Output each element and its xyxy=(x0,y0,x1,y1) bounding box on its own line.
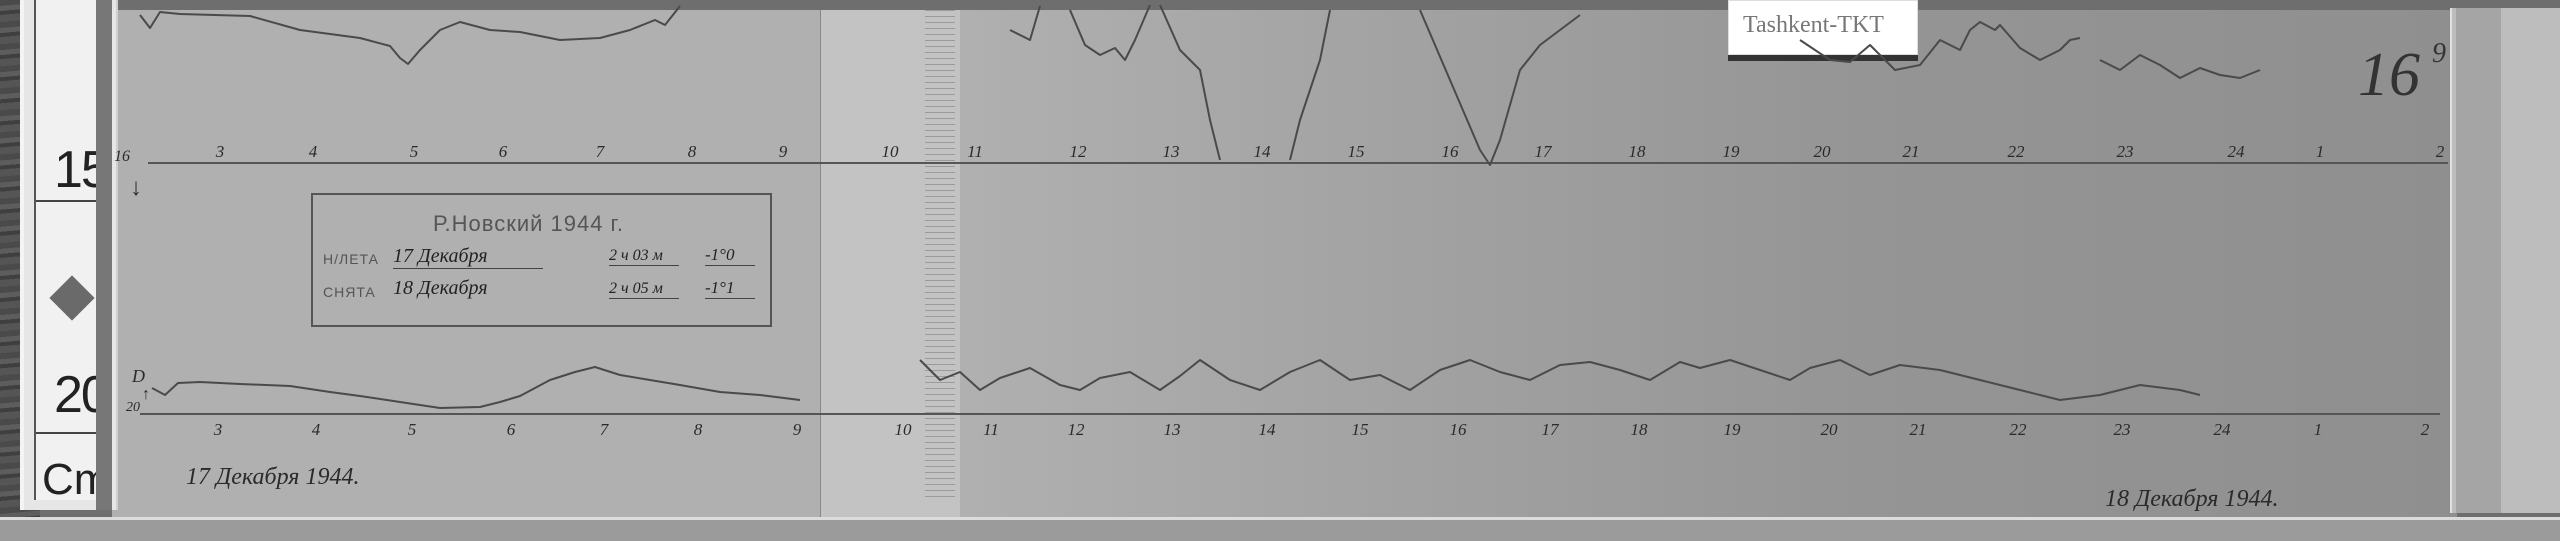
upper-hour-5: 5 xyxy=(410,142,419,162)
lower-hour-9: 9 xyxy=(793,420,802,440)
ruler-shadow xyxy=(96,0,112,510)
upper-hour-23: 23 xyxy=(2117,142,2134,162)
upper-hour-4: 4 xyxy=(309,142,318,162)
lower-hour-21: 21 xyxy=(1910,420,1927,440)
upper-hour-7: 7 xyxy=(596,142,605,162)
date-right: 18 Декабря 1944. xyxy=(2105,486,2278,513)
lower-hour-11: 11 xyxy=(983,420,999,440)
lower-axis-line xyxy=(140,413,2440,415)
sheet-number: 16 xyxy=(2358,40,2420,111)
scale-strip xyxy=(925,10,955,500)
stamp-row-label-end: СНЯТА xyxy=(323,284,376,300)
lower-hour-19: 19 xyxy=(1724,420,1741,440)
lower-hour-20: 20 xyxy=(1821,420,1838,440)
upper-hour-19: 19 xyxy=(1723,142,1740,162)
upper-hour-22: 22 xyxy=(2008,142,2025,162)
upper-hour-20: 20 xyxy=(1814,142,1831,162)
date-left: 17 Декабря 1944. xyxy=(186,464,359,491)
lower-hour-15: 15 xyxy=(1352,420,1369,440)
stamp-start-date: 17 Декабря xyxy=(393,245,543,269)
upper-axis-line xyxy=(148,162,2448,164)
bottom-frame xyxy=(0,517,2560,541)
lower-hour-2: 2 xyxy=(2421,420,2430,440)
lower-hour-22: 22 xyxy=(2010,420,2027,440)
upper-hour-24: 24 xyxy=(2228,142,2245,162)
upper-hour-8: 8 xyxy=(688,142,697,162)
lower-hour-4: 4 xyxy=(312,420,321,440)
lower-hour-10: 10 xyxy=(895,420,912,440)
upper-hour-17: 17 xyxy=(1535,142,1552,162)
sheet-number-sup: 9 xyxy=(2432,38,2446,70)
right-edge-overlay xyxy=(2450,8,2560,513)
upper-hour-11: 11 xyxy=(967,142,983,162)
lower-axis-left-sub: 20 xyxy=(126,400,140,416)
stamp-row-label-start: Н/ЛЕТА xyxy=(323,251,379,267)
upper-axis-left-label: 16 xyxy=(114,148,130,166)
stamp-end-temp: -1°1 xyxy=(705,278,755,299)
stamp-end-date: 18 Декабря xyxy=(393,277,543,300)
lower-hour-14: 14 xyxy=(1259,420,1276,440)
upper-hour-3: 3 xyxy=(216,142,225,162)
upper-hour-14: 14 xyxy=(1254,142,1271,162)
lower-hour-13: 13 xyxy=(1164,420,1181,440)
lower-hour-1: 1 xyxy=(2314,420,2323,440)
chart-sheet-right xyxy=(960,10,2457,520)
station-tag: Tashkent-TKT xyxy=(1728,0,1918,55)
station-tag-label: Tashkent-TKT xyxy=(1743,12,1884,39)
upper-hour-1: 1 xyxy=(2316,142,2325,162)
upper-hour-15: 15 xyxy=(1348,142,1365,162)
upper-hour-6: 6 xyxy=(499,142,508,162)
upper-hour-21: 21 xyxy=(1903,142,1920,162)
lower-hour-12: 12 xyxy=(1068,420,1085,440)
upper-hour-12: 12 xyxy=(1070,142,1087,162)
upper-hour-13: 13 xyxy=(1163,142,1180,162)
upper-hour-9: 9 xyxy=(779,142,788,162)
lower-hour-24: 24 xyxy=(2214,420,2231,440)
lower-hour-16: 16 xyxy=(1450,420,1467,440)
lower-hour-7: 7 xyxy=(600,420,609,440)
upper-hour-10: 10 xyxy=(882,142,899,162)
chart-stamp: Р.Новский 1944 г. Н/ЛЕТА 17 Декабря 2 ч … xyxy=(311,193,772,327)
lower-hour-18: 18 xyxy=(1631,420,1648,440)
stamp-start-temp: -1°0 xyxy=(705,245,755,266)
stamp-title: Р.Новский 1944 г. xyxy=(433,211,624,237)
up-arrow-icon: ↑ xyxy=(142,386,150,404)
lower-hour-23: 23 xyxy=(2114,420,2131,440)
lower-hour-5: 5 xyxy=(408,420,417,440)
lower-hour-8: 8 xyxy=(694,420,703,440)
upper-hour-16: 16 xyxy=(1442,142,1459,162)
upper-hour-2: 2 xyxy=(2436,142,2445,162)
lower-axis-left-label: D xyxy=(132,366,145,387)
lower-hour-3: 3 xyxy=(214,420,223,440)
upper-hour-18: 18 xyxy=(1629,142,1646,162)
lower-hour-6: 6 xyxy=(507,420,516,440)
stamp-start-time: 2 ч 03 м xyxy=(609,247,679,266)
stamp-end-time: 2 ч 05 м xyxy=(609,280,679,299)
lower-hour-17: 17 xyxy=(1542,420,1559,440)
down-arrow-icon: ↓ xyxy=(130,175,142,202)
